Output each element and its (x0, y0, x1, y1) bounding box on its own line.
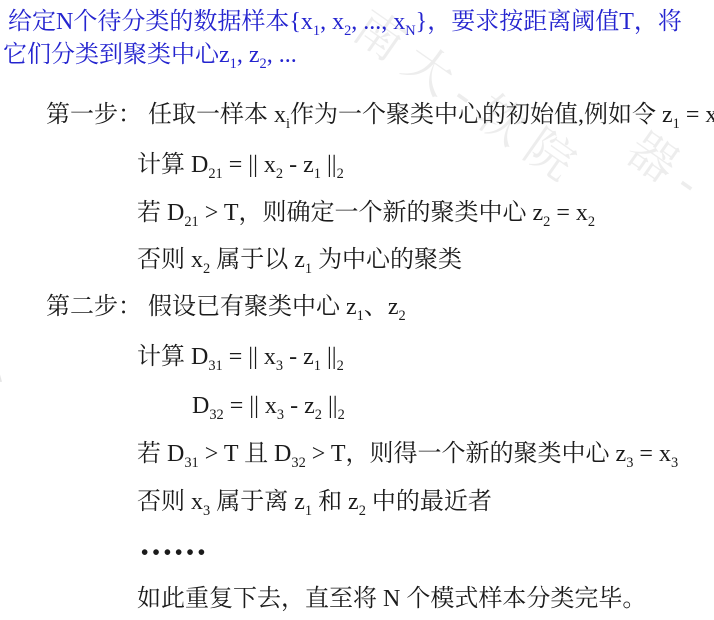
condition-d31-d32: 若 D31 > T 且 D32 > T，则得一个新的聚类中心 z3 = x3 (137, 440, 678, 468)
ellipsis-line: •••••• (141, 538, 209, 566)
else-x2: 否则 x2 属于以 z1 为中心的聚类 (137, 246, 462, 274)
step2-label: 第二步： (46, 294, 142, 320)
else-x3: 否则 x3 属于离 z1 和 z2 中的最近者 (137, 488, 492, 516)
problem-statement-line-2: 它们分类到聚类中心z1, z2, ... (3, 39, 713, 72)
step1-label: 第一步： (46, 102, 142, 128)
formula-d32: D32 = || x3 - z2 ||2 (192, 392, 345, 420)
formula-d21: 计算 D21 = || x2 - z1 ||2 (137, 151, 344, 179)
step2-text: 假设已有聚类中心 z1、z2 (148, 294, 406, 320)
step1-line: 第一步：任取一样本 xi作为一个聚类中心的初始值,例如令 z1 = x1 (46, 101, 714, 129)
step1-text: 任取一样本 xi作为一个聚类中心的初始值,例如令 z1 = x1 (148, 102, 714, 128)
problem-statement: 给定N个待分类的数据样本{x1, x2, ..., xN}，要求按距离阈值T，将… (3, 6, 713, 72)
formula-d31: 计算 D31 = || x3 - z1 ||2 (137, 343, 344, 371)
step2-line: 第二步：假设已有聚类中心 z1、z2 (46, 293, 406, 321)
condition-d21: 若 D21 > T，则确定一个新的聚类中心 z2 = x2 (137, 199, 595, 227)
watermark-text-fragment: 大 (0, 296, 33, 439)
lecture-slide: 南大-软院 器- 大 给定N个待分类的数据样本{x1, x2, ..., xN}… (0, 0, 714, 620)
conclusion-line: 如此重复下去，直至将 N 个模式样本分类完毕。 (137, 585, 646, 613)
problem-statement-line-1: 给定N个待分类的数据样本{x1, x2, ..., xN}，要求按距离阈值T，将 (3, 6, 713, 39)
